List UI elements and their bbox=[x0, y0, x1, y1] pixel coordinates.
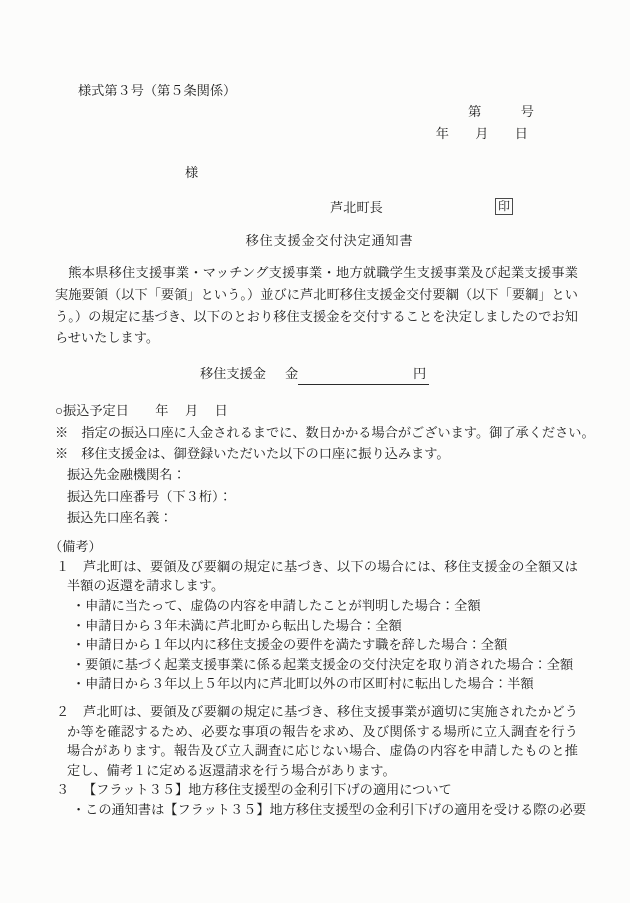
grant-amount-line: 移住支援金金円 bbox=[55, 363, 578, 385]
bank-name-label: 振込先金融機関名： bbox=[55, 464, 578, 485]
document-number-line: 第 号 bbox=[55, 101, 578, 122]
remark-item-1-text: 芦北町は、要領及び要綱の規定に基づき、以下の場合には、移住支援金の全額又は半額の… bbox=[67, 557, 578, 596]
remark-item-1-bullet: ・申請日から１年以内に移住支援金の要件を満たす職を辞した場合：全額 bbox=[67, 635, 578, 655]
remark-item-1-bullet: ・申請日から３年以上５年以内に芦北町以外の市区町村に転出した場合：半額 bbox=[67, 674, 578, 694]
remark-item-3: ３ 【フラット３５】地方移住支援型の金利引下げの適用について ・この通知書は【フ… bbox=[55, 780, 578, 819]
remark-item-1-bullet: ・申請日から３年未満に芦北町から転出した場合：全額 bbox=[67, 616, 578, 636]
issue-date-line: 年 月 日 bbox=[55, 123, 578, 144]
amount-unit-label: 円 bbox=[413, 366, 426, 381]
addressee-honorific: 様 bbox=[185, 165, 198, 180]
transfer-note-delay: ※ 指定の振込口座に入金されるまでに、数日かかる場合がございます。御了承ください… bbox=[55, 422, 578, 443]
remark-item-3-bullet: ・この通知書は【フラット３５】地方移住支援型の金利引下げの適用を受ける際の必要 bbox=[67, 800, 578, 820]
notification-document-page: 様式第３号（第５条関係） 第 号 年 月 日 様 芦北町長 印 移住支援金交付決… bbox=[0, 0, 630, 903]
remark-item-3-number: ３ bbox=[56, 780, 69, 800]
sender-line: 芦北町長 印 bbox=[55, 197, 578, 218]
remark-item-3-text: 【フラット３５】地方移住支援型の金利引下げの適用について bbox=[67, 780, 578, 800]
amount-fill-underline: 円 bbox=[298, 363, 429, 385]
remark-item-1-bullet: ・要領に基づく起業支援事業に係る起業支援金の交付決定を取り消された場合：全額 bbox=[67, 655, 578, 675]
remark-item-2-text: 芦北町は、要領及び要綱の規定に基づき、移住支援事業が適切に実施されたかどうか等を… bbox=[67, 702, 578, 780]
remark-item-1-bullet: ・申請に当たって、虚偽の内容を申請したことが判明した場合：全額 bbox=[67, 596, 578, 616]
transfer-note-account: ※ 移住支援金は、御登録いただいた以下の口座に振り込みます。 bbox=[55, 443, 578, 464]
intro-paragraph: 熊本県移住支援事業・マッチング支援事業・地方就職学生支援事業及び起業支援事業実施… bbox=[55, 262, 578, 348]
remarks-section: （備考） １ 芦北町は、要領及び要綱の規定に基づき、以下の場合には、移住支援金の… bbox=[55, 537, 578, 819]
remark-item-2-number: ２ bbox=[56, 702, 69, 722]
sender-title: 芦北町長 bbox=[330, 200, 383, 215]
account-number-label: 振込先口座番号（下３桁）： bbox=[55, 486, 578, 507]
amount-currency-prefix: 金 bbox=[285, 366, 298, 381]
remark-item-1-number: １ bbox=[56, 557, 69, 577]
form-number: 様式第３号（第５条関係） bbox=[55, 80, 578, 101]
document-title: 移住支援金交付決定通知書 bbox=[55, 230, 578, 251]
transfer-section: ○振込予定日 年 月 日 ※ 指定の振込口座に入金されるまでに、数日かかる場合が… bbox=[55, 400, 578, 528]
seal-stamp: 印 bbox=[495, 198, 513, 215]
account-holder-label: 振込先口座名義： bbox=[55, 507, 578, 528]
remark-item-1: １ 芦北町は、要領及び要綱の規定に基づき、以下の場合には、移住支援金の全額又は半… bbox=[55, 557, 578, 694]
transfer-date-line: ○振込予定日 年 月 日 bbox=[55, 400, 578, 421]
remark-item-2: ２ 芦北町は、要領及び要綱の規定に基づき、移住支援事業が適切に実施されたかどうか… bbox=[55, 702, 578, 780]
remarks-heading: （備考） bbox=[49, 537, 578, 557]
grant-amount-label: 移住支援金 bbox=[200, 366, 266, 381]
addressee-line: 様 bbox=[55, 162, 578, 183]
